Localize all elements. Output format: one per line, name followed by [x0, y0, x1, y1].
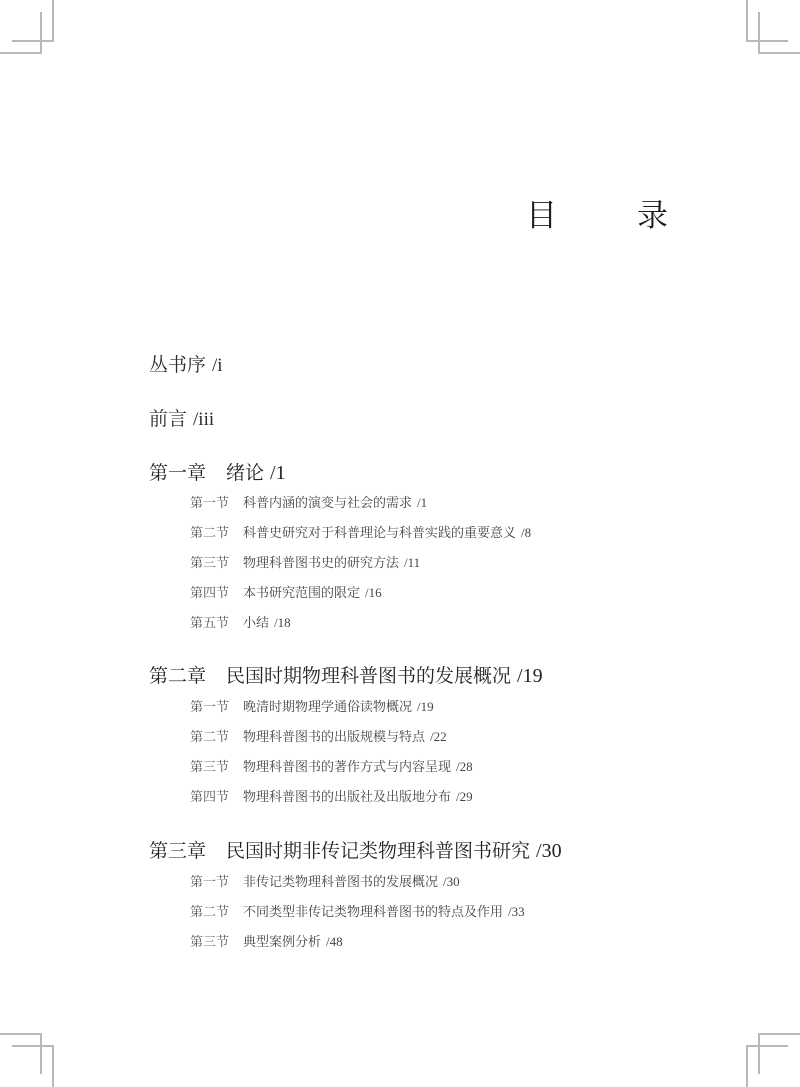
page-number: /18 — [274, 615, 291, 630]
chapter-number: 第二章 — [149, 661, 206, 688]
page-number: /1 — [417, 495, 427, 510]
page-number: /11 — [404, 555, 420, 570]
section-title: 本书研究范围的限定 — [243, 586, 360, 601]
page-number: /19 — [517, 665, 543, 687]
toc-entry-series-preface[interactable]: 丛书序/i — [149, 350, 223, 377]
section-number: 第四节 — [190, 786, 229, 805]
page-number: /29 — [456, 789, 473, 804]
page-number: /i — [212, 355, 223, 376]
section-number: 第一节 — [190, 492, 229, 511]
section-title: 物理科普图书的出版规模与特点 — [243, 730, 425, 745]
crop-mark-bottom-right — [746, 1045, 748, 1087]
page-title: 目 录 — [526, 190, 668, 235]
toc-section[interactable]: 第二节科普史研究对于科普理论与科普实践的重要意义/8 — [190, 522, 531, 541]
section-number: 第五节 — [190, 612, 229, 631]
page-number: /16 — [365, 585, 382, 600]
entry-title: 丛书序 — [149, 354, 206, 376]
crop-mark-bottom-right — [758, 1033, 800, 1035]
section-title: 晚清时期物理学通俗读物概况 — [243, 700, 412, 715]
section-number: 第三节 — [190, 552, 229, 571]
page-number: /8 — [521, 525, 531, 540]
toc-section[interactable]: 第五节小结/18 — [190, 612, 291, 631]
chapter-number: 第三章 — [149, 836, 206, 863]
crop-mark-top-right — [746, 40, 788, 42]
crop-mark-top-right — [758, 52, 800, 54]
section-title: 小结 — [243, 616, 269, 631]
toc-section[interactable]: 第一节科普内涵的演变与社会的需求/1 — [190, 492, 427, 511]
page-number: /33 — [508, 904, 525, 919]
crop-mark-bottom-right — [758, 1033, 760, 1074]
toc-section[interactable]: 第三节典型案例分析/48 — [190, 931, 343, 950]
section-number: 第二节 — [190, 522, 229, 541]
toc-entry-preface[interactable]: 前言/iii — [149, 404, 214, 431]
crop-mark-top-right — [758, 12, 760, 53]
section-title: 典型案例分析 — [243, 935, 321, 950]
toc-chapter-3[interactable]: 第三章民国时期非传记类物理科普图书研究/30 — [149, 836, 562, 863]
crop-mark-top-left — [52, 0, 54, 42]
toc-section[interactable]: 第二节物理科普图书的出版规模与特点/22 — [190, 726, 447, 745]
section-number: 第二节 — [190, 901, 229, 920]
crop-mark-bottom-left — [0, 1033, 42, 1035]
section-title: 物理科普图书的著作方式与内容呈现 — [243, 760, 451, 775]
entry-title: 前言 — [149, 408, 187, 430]
chapter-title: 民国时期非传记类物理科普图书研究 — [226, 840, 530, 862]
crop-mark-top-left — [0, 52, 42, 54]
toc-section[interactable]: 第四节物理科普图书的出版社及出版地分布/29 — [190, 786, 473, 805]
crop-mark-bottom-right — [746, 1045, 788, 1047]
page-number: /19 — [417, 699, 434, 714]
section-title: 科普内涵的演变与社会的需求 — [243, 496, 412, 511]
toc-section[interactable]: 第三节物理科普图书史的研究方法/11 — [190, 552, 420, 571]
section-number: 第四节 — [190, 582, 229, 601]
page-title-char: 录 — [637, 190, 668, 235]
chapter-title: 绪论 — [226, 462, 264, 484]
page-number: /iii — [193, 409, 214, 430]
section-title: 物理科普图书史的研究方法 — [243, 556, 399, 571]
crop-mark-top-right — [746, 0, 748, 42]
page-title-char: 目 — [526, 190, 557, 235]
page-number: /30 — [536, 840, 562, 862]
page-number: /28 — [456, 759, 473, 774]
section-title: 科普史研究对于科普理论与科普实践的重要意义 — [243, 526, 516, 541]
toc-section[interactable]: 第二节不同类型非传记类物理科普图书的特点及作用/33 — [190, 901, 525, 920]
chapter-title: 民国时期物理科普图书的发展概况 — [226, 665, 511, 687]
chapter-number: 第一章 — [149, 458, 206, 485]
crop-mark-bottom-left — [52, 1045, 54, 1087]
crop-mark-top-left — [12, 40, 54, 42]
section-number: 第三节 — [190, 931, 229, 950]
page-number: /48 — [326, 934, 343, 949]
section-title: 非传记类物理科普图书的发展概况 — [243, 875, 438, 890]
page-number: /22 — [430, 729, 447, 744]
toc-section[interactable]: 第三节物理科普图书的著作方式与内容呈现/28 — [190, 756, 473, 775]
crop-mark-bottom-left — [12, 1045, 54, 1047]
section-number: 第二节 — [190, 726, 229, 745]
crop-mark-top-left — [40, 12, 42, 53]
toc-section[interactable]: 第四节本书研究范围的限定/16 — [190, 582, 382, 601]
section-title: 物理科普图书的出版社及出版地分布 — [243, 790, 451, 805]
section-number: 第一节 — [190, 871, 229, 890]
section-title: 不同类型非传记类物理科普图书的特点及作用 — [243, 905, 503, 920]
page-number: /1 — [270, 462, 286, 484]
crop-mark-bottom-left — [40, 1033, 42, 1074]
section-number: 第一节 — [190, 696, 229, 715]
section-number: 第三节 — [190, 756, 229, 775]
toc-chapter-1[interactable]: 第一章绪论/1 — [149, 458, 286, 485]
toc-chapter-2[interactable]: 第二章民国时期物理科普图书的发展概况/19 — [149, 661, 543, 688]
page-number: /30 — [443, 874, 460, 889]
toc-section[interactable]: 第一节晚清时期物理学通俗读物概况/19 — [190, 696, 434, 715]
toc-section[interactable]: 第一节非传记类物理科普图书的发展概况/30 — [190, 871, 460, 890]
